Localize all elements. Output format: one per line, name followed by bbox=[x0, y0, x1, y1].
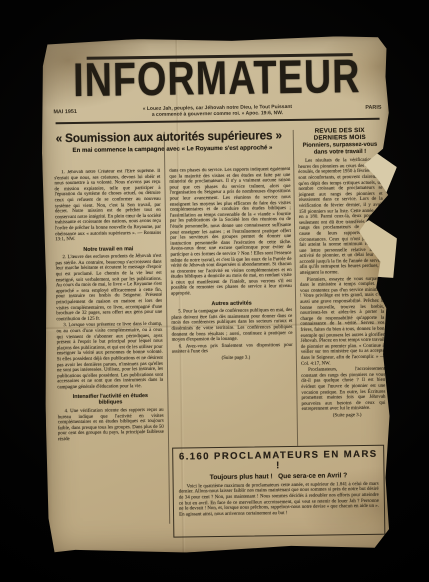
lead-subheadline: En mai commence la campagne avec « Le Ro… bbox=[54, 144, 291, 154]
page-content: « Soumission aux autorités supérieures »… bbox=[54, 127, 388, 556]
paragraph: 1. Jéhovah notre Créateur est l'Être sup… bbox=[54, 169, 161, 243]
lead-article-header: « Soumission aux autorités supérieures »… bbox=[54, 128, 291, 168]
paragraph: 6. Avez-vous pris finalement vos disposi… bbox=[172, 343, 293, 356]
paragraph: 5. Pour la campagne de conférences publi… bbox=[171, 308, 292, 343]
paragraph: Les résultats de la vérification des heu… bbox=[298, 158, 384, 277]
photo-stage: INFORMATEUR MAI 1951 « Louez Jah, peuple… bbox=[0, 0, 429, 582]
page-inner: INFORMATEUR MAI 1951 « Louez Jah, peuple… bbox=[53, 50, 388, 545]
paragraph: Proclamateurs, l'accroissement constant … bbox=[301, 367, 386, 413]
newspaper-title-text: INFORMATEUR bbox=[73, 49, 361, 109]
paragraph: 3. Lorsque vous présentez ce livre dans … bbox=[56, 322, 163, 391]
section-subhead: Intensifier l'activité en études bibliqu… bbox=[63, 393, 157, 406]
section-subhead: Autres activités bbox=[177, 300, 286, 308]
lead-headline: « Soumission aux autorités supérieures » bbox=[54, 129, 284, 145]
paragraph: 2. L'œuvre des esclaves prudents de Jého… bbox=[55, 254, 162, 323]
review-kicker: REVUE DES SIX DERNIERS MOIS bbox=[298, 127, 382, 142]
newspaper-title: INFORMATEUR bbox=[53, 56, 382, 107]
box-headline: 6.160 PROCLAMATEURS EN MARS ! bbox=[178, 450, 378, 473]
review-headline: Pionniers, surpassez-vous dans votre tra… bbox=[302, 142, 378, 156]
paragraph: Pionniers, essayez de vous surpasser dan… bbox=[300, 276, 385, 367]
column-right: REVUE DES SIX DERNIERS MOIS Pionniers, s… bbox=[298, 127, 386, 446]
section-subhead: Notre travail en mai bbox=[61, 246, 155, 253]
masthead-rule-bottom bbox=[56, 118, 380, 125]
box-subheadline: Toujours plus haut ! Que sera-ce en Avri… bbox=[179, 472, 379, 482]
continued-note: (Suite page 3.) bbox=[302, 413, 386, 420]
newspaper-page: INFORMATEUR MAI 1951 « Louez Jah, peuple… bbox=[40, 36, 395, 555]
masthead: INFORMATEUR MAI 1951 « Louez Jah, peuple… bbox=[53, 53, 382, 125]
box-body: Voici le quatrième maximum de proclamate… bbox=[179, 481, 379, 518]
column-left: 1. Jéhovah notre Créateur est l'Être sup… bbox=[54, 169, 165, 526]
continued-note: (Suite page 3.) bbox=[172, 355, 293, 362]
box-article: 6.160 PROCLAMATEURS EN MARS ! Toujours p… bbox=[172, 445, 385, 538]
paragraph: 4. Une vérification récente des rapports… bbox=[58, 408, 164, 443]
paragraph: dans ces phases du service. Les rapports… bbox=[169, 167, 292, 297]
column-divider bbox=[293, 130, 298, 446]
column-middle: dans ces phases du service. Les rapports… bbox=[169, 167, 294, 431]
